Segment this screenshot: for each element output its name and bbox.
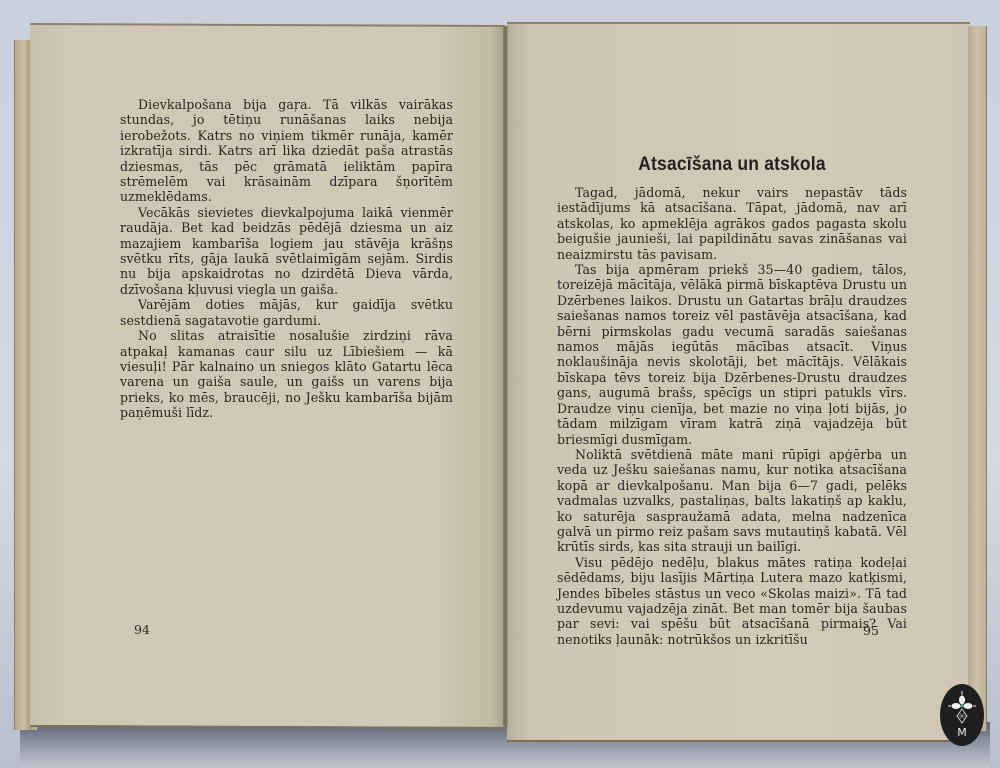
left-page-body: Dievkalpošana bija gaŗa. Tā vilkās vairā… [120,97,453,421]
watermark-badge: M [940,684,984,746]
right-page-stack-edge [968,26,987,731]
chapter-heading: Atsacīšana un atskola [571,154,893,176]
folk-ornament-logo-icon: M [945,689,979,741]
paragraph: Tas bija apmēram priekš 35—40 gadiem, tā… [557,262,907,447]
book-gutter [503,26,508,726]
right-page-number: 95 [863,623,879,638]
paragraph: Varējām doties mājās, kur gaidīja svētku… [120,297,453,328]
paragraph: Vecākās sievietes dievkalpojuma laikā vi… [120,205,453,297]
paragraph: Visu pēdējo nedēļu, blakus mātes ratiņa … [557,555,907,647]
paragraph: Dievkalpošana bija gaŗa. Tā vilkās vairā… [120,97,453,205]
paragraph: Tagad, jādomā, nekur vairs nepastāv tāds… [557,185,907,262]
right-page-body: Tagad, jādomā, nekur vairs nepastāv tāds… [557,185,907,647]
svg-text:M: M [957,726,967,739]
paragraph: No slitas atraisītie nosalušie zirdziņi … [120,328,453,420]
open-book: Dievkalpošana bija gaŗa. Tā vilkās vairā… [0,0,1000,768]
paragraph: Noliktā svētdienā māte mani rūpīgi apģēr… [557,447,907,555]
left-page-number: 94 [134,622,150,637]
